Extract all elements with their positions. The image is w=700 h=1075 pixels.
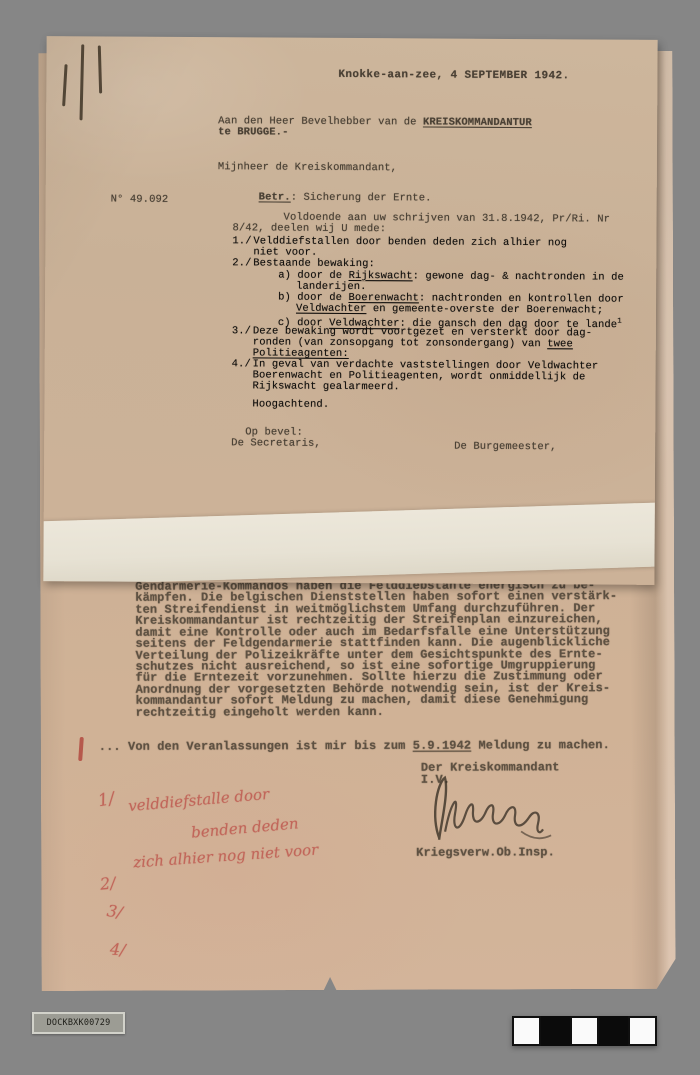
reference-number: N° 49.092 bbox=[111, 195, 169, 207]
recipient-city: te BRUGGE.- bbox=[218, 127, 288, 139]
recipient-office: KREISKOMMANDANTUR bbox=[423, 116, 532, 129]
archival-photo: rungsversuchen. Es ist dennoch an erster… bbox=[0, 0, 700, 1075]
paper-strip bbox=[43, 502, 657, 584]
numbered-list: 1./Velddiefstallen door benden deden zic… bbox=[231, 236, 657, 412]
scale-square-white bbox=[628, 1016, 657, 1046]
typed-line: Rijkswacht gealarmeerd. bbox=[231, 382, 657, 396]
top-document-sheet: Knokke-aan-zee, 4 SEPTEMBER 1942. Aan de… bbox=[43, 36, 657, 585]
ink-stroke bbox=[98, 45, 102, 93]
red-annotation-number: 4/ bbox=[109, 939, 126, 959]
scale-square-white bbox=[570, 1016, 599, 1046]
closing-word: Hoogachtend. bbox=[231, 399, 657, 413]
deadline-date: 5.9.1942 bbox=[413, 739, 471, 753]
ink-stroke bbox=[62, 64, 67, 106]
handwritten-signature bbox=[401, 767, 576, 858]
signer-title: Kriegsverw.Ob.Insp. bbox=[416, 847, 555, 859]
dateline: Knokke-aan-zee, 4 SEPTEMBER 1942. bbox=[338, 70, 569, 83]
deadline-line: ... Von den Veranlassungen ist mir bis z… bbox=[99, 740, 610, 753]
intro-line-2: 8/42, deelen wij U mede: bbox=[232, 223, 386, 235]
red-annotation-number: 2/ bbox=[99, 873, 116, 894]
scale-square-black bbox=[541, 1016, 570, 1046]
secretary-signoff: De Secretaris, bbox=[231, 438, 321, 450]
salutation: Mijnheer de Kreiskommandant, bbox=[218, 162, 397, 174]
red-annotation-number: 1/ bbox=[96, 789, 116, 812]
ink-stroke bbox=[79, 44, 84, 120]
scale-bar bbox=[512, 1016, 657, 1046]
catalog-label: DOCKBXK00729 bbox=[32, 1012, 125, 1034]
mayor-signoff: De Burgemeester, bbox=[454, 442, 556, 454]
red-annotation-number: 3/ bbox=[106, 901, 124, 922]
typed-line: rechtzeitig eingeholt werden kann. bbox=[136, 706, 636, 719]
subject-line: Betr.: Sicherung der Ernte. bbox=[259, 192, 432, 204]
scale-square-white bbox=[512, 1016, 541, 1046]
scale-square-black bbox=[599, 1016, 628, 1046]
